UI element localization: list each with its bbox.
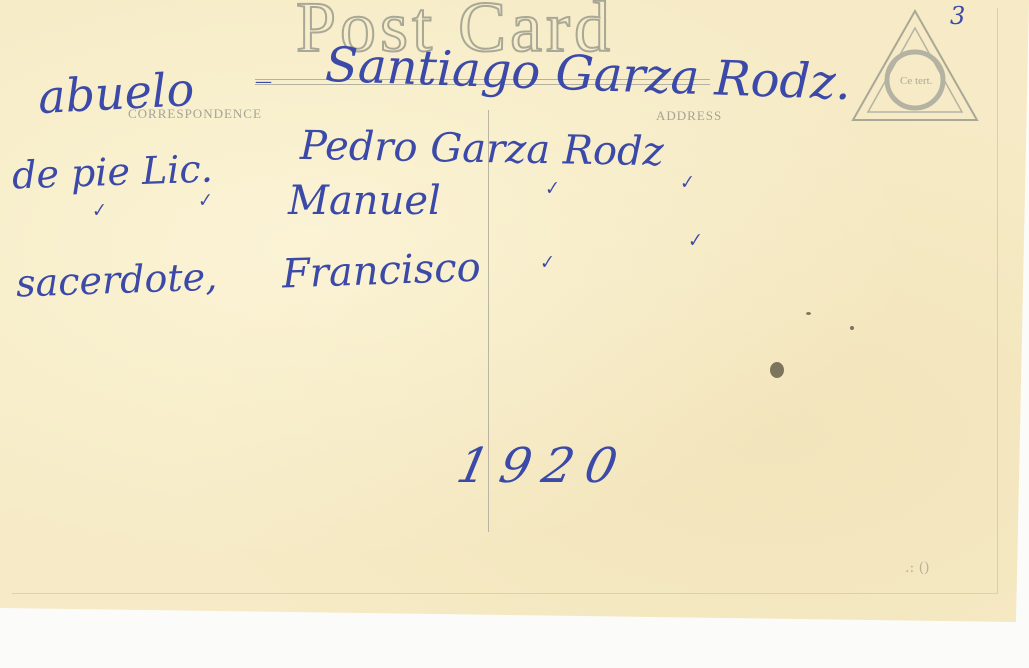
check-mark-icon: ✓ (545, 177, 561, 201)
check-mark-icon: ✓ (680, 171, 696, 195)
check-mark-icon: ✓ (688, 229, 704, 253)
check-mark-icon: ✓ (198, 189, 214, 213)
stamp-box-text: Ce tert. (900, 75, 933, 87)
faint-pencil-mark: .: () (905, 560, 930, 576)
ink-smudge (770, 362, 784, 378)
address-label: ADDRESS (656, 108, 722, 124)
check-mark-icon: ✓ (92, 199, 108, 223)
postcard-back: Post Card CORRESPONDENCE ADDRESS Ce tert… (0, 0, 1029, 622)
year-1920: 1920 (452, 438, 634, 494)
role-de-pie-lic: de pie Lic. (11, 147, 213, 198)
speck (850, 326, 854, 330)
name-manuel: Manuel (288, 178, 441, 224)
check-mark-icon: ✓ (540, 251, 556, 275)
name-francisco: Francisco (281, 245, 481, 298)
speck (806, 312, 811, 315)
page-number: 3 (950, 2, 965, 30)
role-sacerdote: sacerdote, (15, 255, 218, 306)
dash-line: — (255, 72, 272, 92)
name-pedro: Pedro Garza Rodz (300, 123, 664, 175)
role-abuelo: abuelo (37, 62, 196, 124)
